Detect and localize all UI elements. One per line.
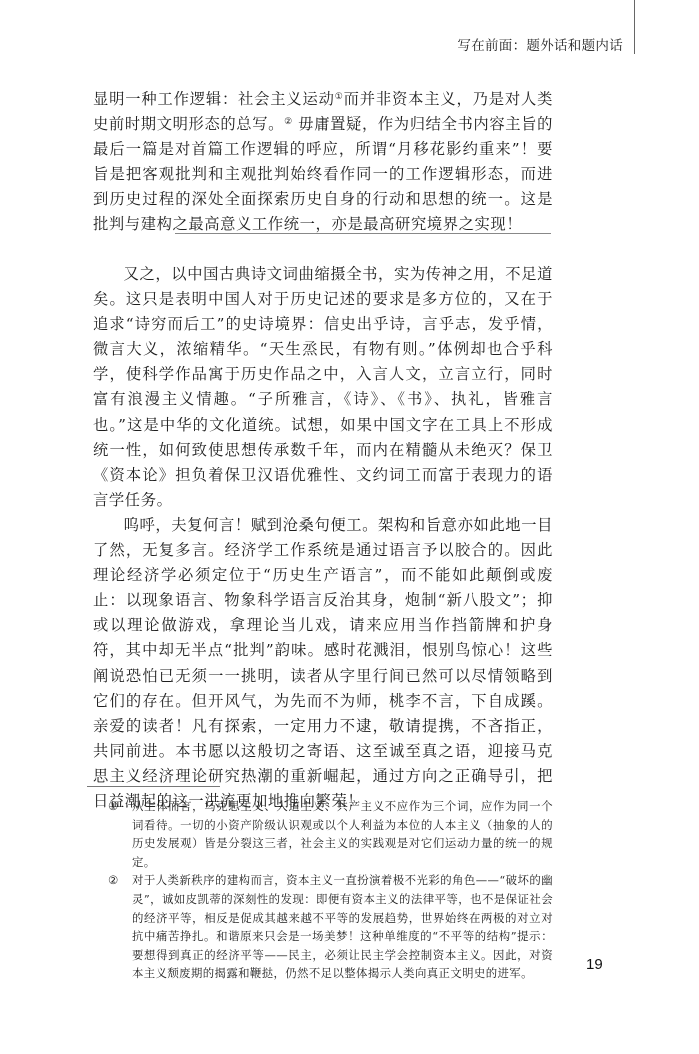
footnote-1: ① 从主体而言，马克思主义、人道主义、共产主义不应作为三个词，应作为同一个词看待… — [108, 797, 553, 871]
running-header: 写在前面：题外话和题内话 — [0, 0, 699, 56]
paragraph: 又之，以中国古典诗文词曲缩摄全书，实为传神之用，不足道矣。这只是表明中国人对于历… — [93, 262, 553, 513]
footnote-2: ② 对于人类新秩序的建构而言，资本主义一直扮演着极不光彩的角色——“破坏的幽灵”… — [108, 871, 553, 983]
footnote-text: 从主体而言，马克思主义、人道主义、共产主义不应作为三个词，应作为同一个词看待。一… — [132, 799, 553, 869]
footnote-mark: ① — [108, 797, 119, 816]
header-vertical-rule — [634, 0, 635, 54]
footnote-text: 对于人类新秩序的建构而言，资本主义一直扮演着极不光彩的角色——“破坏的幽灵”，诚… — [132, 873, 553, 980]
page-number: 19 — [586, 956, 603, 973]
section-divider — [175, 233, 551, 234]
footnote-ref-1[interactable]: ① — [335, 92, 344, 102]
footnote-mark: ② — [108, 871, 119, 890]
running-title: 写在前面：题外话和题内话 — [457, 34, 623, 54]
paragraph-continued: 显明一种工作逻辑：社会主义运动①而并非资本主义，乃是对人类史前时期文明形态的总写… — [93, 87, 553, 238]
footnote-ref-2[interactable]: ② — [284, 117, 293, 127]
body-section-main: 又之，以中国古典诗文词曲缩摄全书，实为传神之用，不足道矣。这只是表明中国人对于历… — [93, 262, 553, 814]
paragraph-text: 显明一种工作逻辑：社会主义运动 — [93, 90, 335, 108]
paragraph: 呜呼，夫复何言！赋到沧桑句便工。架构和旨意亦如此地一目了然，无复多言。经济学工作… — [93, 513, 553, 814]
body-section-continued: 显明一种工作逻辑：社会主义运动①而并非资本主义，乃是对人类史前时期文明形态的总写… — [93, 87, 553, 238]
footnotes: ① 从主体而言，马克思主义、人道主义、共产主义不应作为三个词，应作为同一个词看待… — [108, 797, 553, 983]
footnote-separator — [87, 786, 220, 787]
